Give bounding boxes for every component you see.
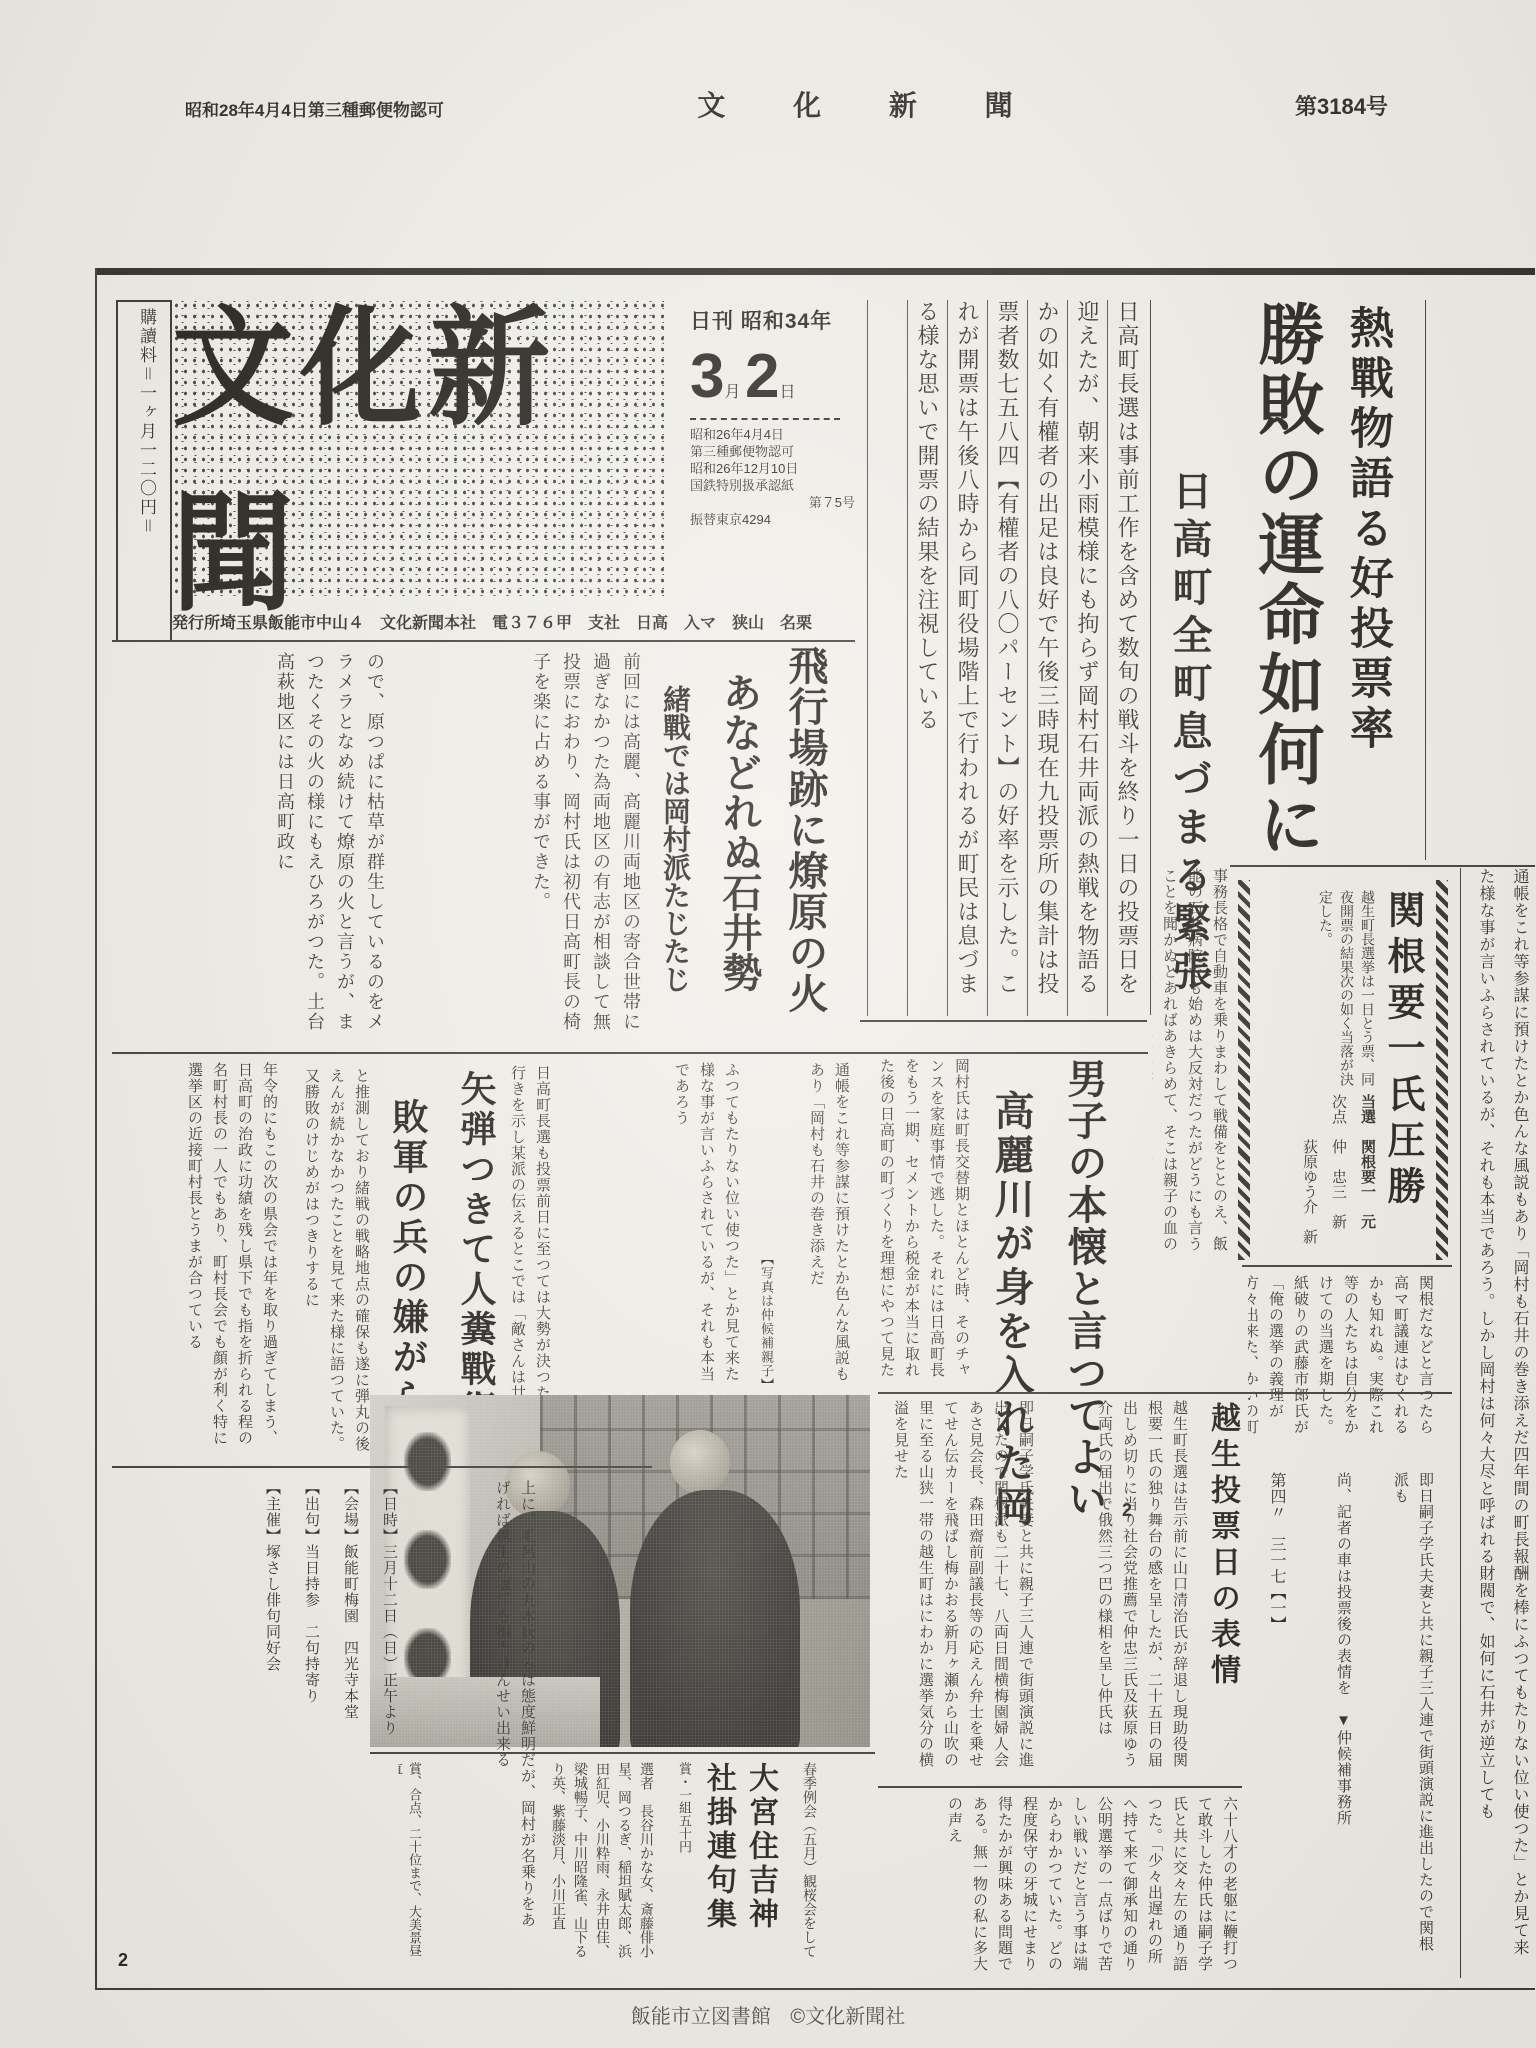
notice-organizer: 【主催】塚さし俳句同好会 [262, 1480, 283, 1950]
ogose-reporter-note: 尚、記者の車は投票後の表情を ▼仲候補事務所 [1298, 1472, 1356, 1952]
far-right-rule [1460, 868, 1461, 1978]
bottomleft-rule [112, 1466, 652, 1468]
sekine-results: 当選 関根要一 元 次点 仲 忠三 新 荻原ゆう介 新 [1254, 1094, 1378, 1254]
zigzag-border-left [1238, 880, 1250, 1260]
ogose-body-1: 越生町長選は告示前に山口清治氏が辞退し現助役関根要一氏の独り舞台の感を呈したが、… [1044, 1400, 1192, 1780]
lead-article-body: 日高町長選は事前工作を含めて数旬の戦斗を終り一日の投票日を迎えたが、朝来小雨模様… [860, 300, 1147, 1016]
main-kicker: 熱戰物語る好投票率 [1345, 305, 1399, 785]
approval-note-3: 昭和26年12月10日 [690, 460, 855, 477]
approval-note-2: 第三種郵便物認可 [690, 443, 855, 460]
ogose-quote: 六十八才の老躯に鞭打つて敢斗した仲氏は嗣子学氏と共に交々左の通り語つた。「少々出… [878, 1796, 1242, 1976]
publisher-line: 発行所埼玉県飯能市中山４ 文化新聞本社 電３７６甲 支社 日高 入マ 狭山 名栗 [172, 610, 932, 633]
ogose-top-rule [878, 1392, 1452, 1394]
date-day-unit: 日 [779, 384, 795, 401]
ogose-vote-numbers: 第四〃 三一七【一】 [1248, 1472, 1288, 1772]
bottom-frame-rule [95, 1988, 1535, 1990]
footer-library: 飯能市立図書館 [631, 2006, 771, 2028]
ogose-body-2: 即日嗣子学氏夫妻と共に親子三人連で街頭演説に進出したので関根派も二十七、八両日間… [878, 1400, 1038, 1780]
subscription-label: 購讀料＝一ヶ月一二〇円＝ [118, 302, 170, 646]
date-month-unit: 月 [724, 384, 740, 401]
footer: 飯能市立図書館 ©文化新聞社 [0, 2000, 1536, 2029]
issue-number: 第3184号 [1295, 90, 1388, 121]
date-line: 3月 2日 [690, 341, 855, 412]
zigzag-border-right [1436, 880, 1448, 1260]
airfield-body-2: ので、原つぱに枯草が群生しているのをメラメラとなめ続けて燎原の火と言うが、まつた… [112, 652, 390, 1040]
lead-bottom-rule [860, 1020, 1147, 1022]
masthead-bottom-rule [112, 640, 855, 642]
transfer-note: 振替東京4294 [690, 511, 855, 528]
headline-bottom-rule [1230, 865, 1535, 867]
sekine-body-below: 関根だなどと言つたら高マ町議連はむくれるかも知れぬ。実際これ等の人たちは自分をか… [1248, 1275, 1438, 1450]
footer-copyright: ©文化新聞社 [790, 2006, 905, 2028]
left-frame-rule [95, 268, 97, 1990]
mid-section-rule [112, 1052, 1148, 1054]
sekine-headline: 関根要一氏圧勝 [1382, 890, 1430, 1250]
headline-left-rule [1150, 300, 1151, 1015]
ogose-body-3: 即日嗣子学氏夫妻と共に親子三人連で街頭演説に進出したので関根派も [1368, 1472, 1438, 1952]
result-row-winner: 当選 関根要一 元 [1357, 1094, 1378, 1254]
approval-note-5: 第７5号 [690, 494, 855, 511]
newspaper-page: 昭和28年4月4日第三種郵便物認可 文 化 新 聞 第3184号 購讀料＝一ヶ月… [0, 0, 1536, 2048]
photo-caption: 【写真は仲候補親子】 [750, 1252, 776, 1392]
date-day: 2 [745, 342, 779, 411]
danshi-body-left: 岡村氏は町長交替期とほとんど時、そのチャンスを家庭事情で逃した。それには日高町長… [878, 1058, 974, 1388]
sekine-lead: 越生町長選挙は一日とう票、同夜開票の結果次の如く当落が決定した。 [1314, 890, 1378, 1090]
sekine-box-bottom-rule [1242, 1265, 1452, 1267]
approval-note-4: 国鉄特別扱承認紙 [690, 477, 855, 494]
renku-rule-note: 賞、合点、二十位まで、大美景昼直 [398, 1762, 424, 1967]
renku-headline-1: 大宮住吉神 [740, 1762, 782, 1962]
danshi-body-start: 事務長格で自動車を乗りまわして戦備をととのえ、飯能の石井病院でも始めは大反対だつ… [1152, 868, 1232, 1253]
result-row-third: 荻原ゆう介 新 [1299, 1094, 1320, 1254]
renku-prize: 賞・一組五十円 [668, 1762, 694, 1962]
notice-entries: 【出句】当日持参 二句持寄り [301, 1480, 322, 1950]
photo-bottom-rule [370, 1752, 875, 1754]
ogose-quote-rule [878, 1786, 1242, 1788]
newspaper-name-header: 文 化 新 聞 [660, 84, 1080, 124]
result-row-runnerup: 次点 仲 忠三 新 [1328, 1094, 1349, 1254]
date-block: 日刊 昭和34年 3月 2日 昭和26年4月4日 第三種郵便物認可 昭和26年1… [690, 305, 855, 605]
main-headline: 勝敗の運命如何に [1238, 300, 1334, 865]
column-fill-1: 通帳をこれ等参謀に預けたとか色んな風説もあり「岡村も石井の巻き添えだ [782, 1062, 854, 1382]
page-number: 2 [118, 1950, 128, 1971]
yadama-body-left: と推測しており緒戦の戦略地点の確保も遂に弾丸の後えんが続かなかつたことを見て来た… [290, 1068, 374, 1460]
notice-venue: 【会場】飯能町梅園 四光寺本堂 [340, 1480, 361, 1950]
approval-note-1: 昭和26年4月4日 [690, 426, 855, 443]
renku-headline-2: 社掛連句集 [700, 1762, 740, 1962]
airfield-subhead-2: 緒戰では岡村派たじたじ [655, 685, 695, 1020]
renku-intro: 春季例会（五月）観桜会をして [790, 1762, 820, 1962]
column-fill-2: ふつてもたりない位い使つた」とか見て来た様な事が言いふらされているが、それも本当… [648, 1062, 744, 1382]
postal-approval: 昭和28年4月4日第三種郵便物認可 [185, 96, 444, 121]
notice-block: 【日時】三月十二日（日）正午より 【会場】飯能町梅園 四光寺本堂 【出句】当日持… [150, 1480, 400, 1950]
newspaper-logo: 文化新聞 [172, 265, 664, 636]
sekine-article-box: 関根要一氏圧勝 越生町長選挙は一日とう票、同夜開票の結果次の如く当落が決定した。… [1238, 880, 1448, 1260]
airfield-body-1: 前回には高麗、高麗川両地区の寄合世帯に過ぎなかつた為両地区の有志が相談して無投票… [398, 652, 646, 1040]
ogose-headline: 越生投票日の表情 [1198, 1402, 1244, 1732]
headline-right-rule [1425, 300, 1426, 860]
airfield-subhead-1: あなどれぬ石井勢 [712, 672, 768, 1022]
date-month: 3 [690, 342, 724, 411]
airfield-headline: 飛行場跡に燎原の火 [772, 645, 834, 1020]
subscription-box: 購讀料＝一ヶ月一二〇円＝ [116, 300, 172, 642]
notice-date: 【日時】三月十二日（日）正午より [379, 1480, 400, 1950]
masthead-logo-panel: 文化新聞 [172, 300, 664, 600]
edition-label: 日刊 昭和34年 [690, 305, 855, 335]
renku-judges: 選者 長谷川かな女、斎藤俳小星、岡つるぎ、稲坦賦太郎、浜田紅児、小川粋雨、永井由… [430, 1762, 658, 1967]
wavy-rule [690, 414, 840, 420]
left-column-fill: 年令的にもこの次の県会では年を取り過ぎてしまう、日高町の治政に功績を残し県下でも… [112, 1062, 282, 1460]
far-right-column: 通帳をこれ等参謀に預けたとか色んな風説もあり「岡村も石井の巻き添えだ四年間の町長… [1466, 868, 1536, 1968]
